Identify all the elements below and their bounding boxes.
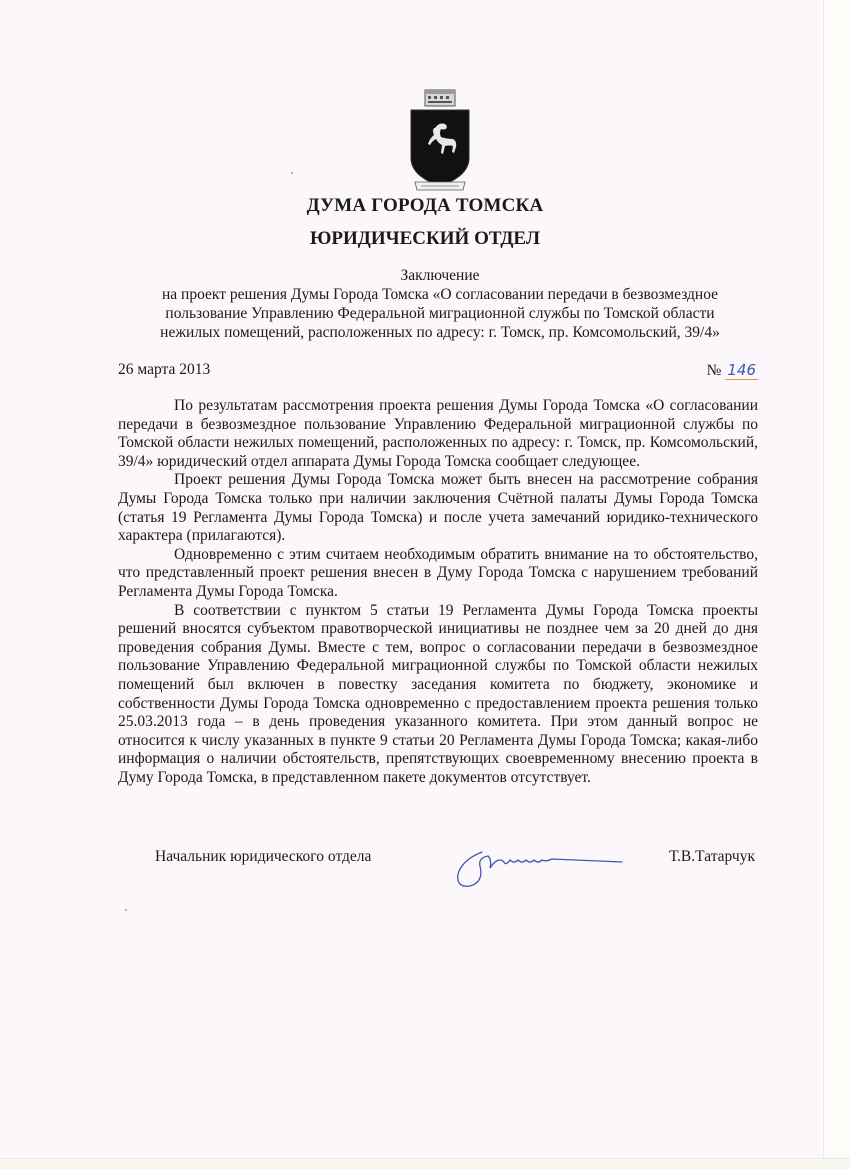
number-label: № (707, 362, 722, 379)
document-number: №146 (707, 361, 758, 380)
document-title: Заключение на проект решения Думы Города… (110, 266, 770, 342)
signer-name: Т.В.Татарчук (669, 848, 755, 866)
scan-speck (291, 172, 293, 174)
scan-edge-bottom (0, 1158, 850, 1169)
body-paragraph: Проект решения Думы Города Томска может … (118, 471, 758, 545)
body-paragraph: По результатам рассмотрения проекта реше… (118, 397, 758, 471)
document-date: 26 марта 2013 (118, 361, 210, 380)
subject-line: нежилых помещений, расположенных по адре… (110, 323, 770, 342)
scan-speck (125, 909, 127, 911)
date-number-row: 26 марта 2013 №146 (118, 361, 758, 380)
number-value: 146 (725, 361, 758, 380)
org-name: ДУМА ГОРОДА ТОМСКА (0, 195, 850, 217)
subject-line: на проект решения Думы Города Томска «О … (110, 285, 770, 304)
body-paragraph: Одновременно с этим считаем необходимым … (118, 546, 758, 602)
coat-of-arms-icon (407, 88, 473, 196)
handwritten-signature-icon (452, 838, 632, 893)
body-paragraph: В соответствии с пунктом 5 статьи 19 Рег… (118, 602, 758, 788)
signer-position: Начальник юридического отдела (155, 848, 371, 866)
subject-line: пользование Управлению Федеральной мигра… (110, 304, 770, 323)
title-heading: Заключение (110, 266, 770, 285)
department-name: ЮРИДИЧЕСКИЙ ОТДЕЛ (0, 228, 850, 250)
scan-edge-right (823, 0, 850, 1169)
document-body: По результатам рассмотрения проекта реше… (118, 397, 758, 787)
